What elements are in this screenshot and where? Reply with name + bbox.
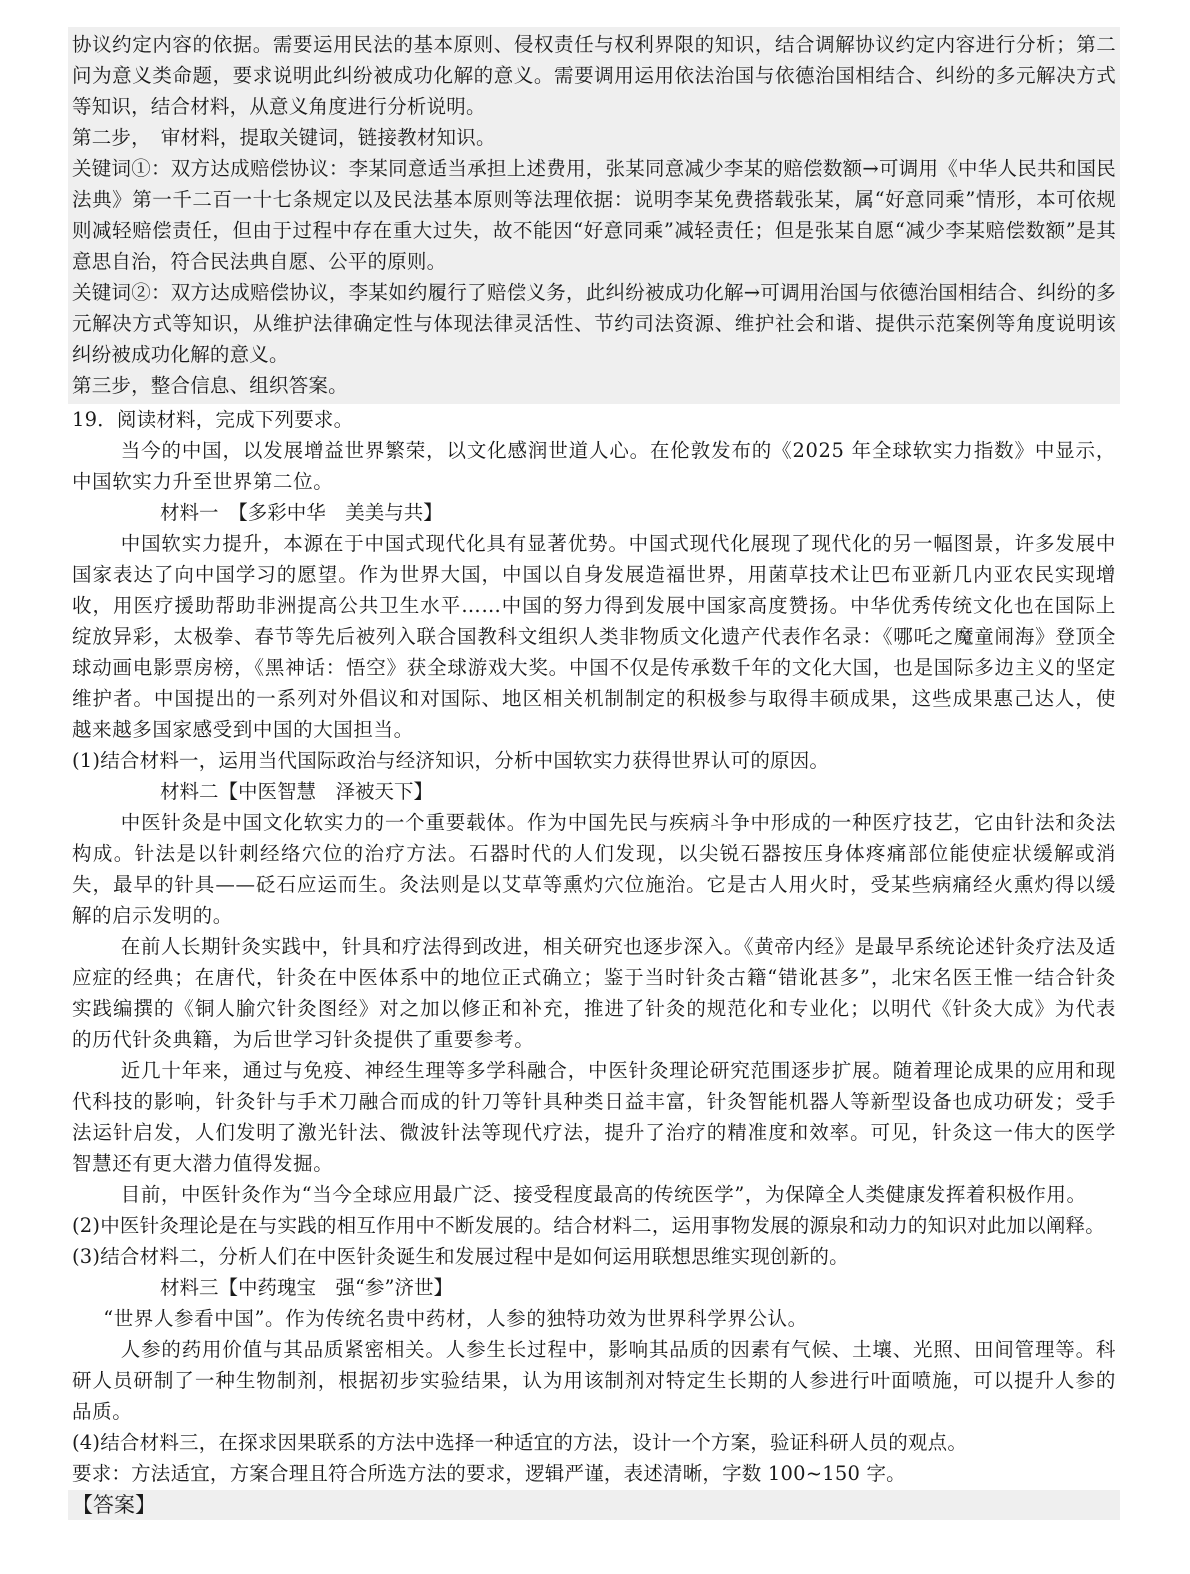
material-two-paragraph: 中医针灸是中国文化软实力的一个重要载体。作为中国先民与疾病斗争中形成的一种医疗技…: [72, 807, 1116, 931]
question-intro: 当今的中国，以发展增益世界繁荣，以文化感润世道人心。在伦敦发布的《2025 年全…: [72, 435, 1116, 497]
analysis-keyword-two: 关键词②：双方达成赔偿协议，李某如约履行了赔偿义务，此纠纷被成功化解→可调用治国…: [72, 277, 1116, 370]
material-three-title: 材料三【中药瑰宝 强“参”济世】: [72, 1272, 1116, 1303]
material-three-paragraph: “世界人参看中国”。作为传统名贵中药材，人参的独特功效为世界科学界公认。: [72, 1303, 1116, 1334]
analysis-step-two: 第二步， 审材料，提取关键词，链接教材知识。: [72, 122, 1116, 153]
sub-question-2: (2)中医针灸理论是在与实践的相互作用中不断发展的。结合材料二，运用事物发展的源…: [72, 1210, 1116, 1241]
material-two-paragraph: 目前，中医针灸作为“当今全球应用最广泛、接受程度最高的传统医学”，为保障全人类健…: [72, 1179, 1116, 1210]
answer-label: 【答案】: [68, 1490, 1120, 1520]
material-three-paragraph: 人参的药用价值与其品质紧密相关。人参生长过程中，影响其品质的因素有气候、土壤、光…: [72, 1334, 1116, 1427]
question-19: 19．阅读材料，完成下列要求。 当今的中国，以发展增益世界繁荣，以文化感润世道人…: [68, 404, 1120, 1489]
analysis-block: 协议约定内容的依据。需要运用民法的基本原则、侵权责任与权利界限的知识，结合调解协…: [68, 27, 1120, 404]
requirement-text: 要求：方法适宜，方案合理且符合所选方法的要求，逻辑严谨，表述清晰，字数 100~…: [72, 1458, 1116, 1489]
question-heading: 19．阅读材料，完成下列要求。: [72, 404, 1116, 435]
document-page: 协议约定内容的依据。需要运用民法的基本原则、侵权责任与权利界限的知识，结合调解协…: [68, 27, 1120, 1520]
material-two-paragraph: 在前人长期针灸实践中，针具和疗法得到改进，相关研究也逐步深入。《黄帝内经》是最早…: [72, 931, 1116, 1055]
sub-question-3: (3)结合材料二，分析人们在中医针灸诞生和发展过程中是如何运用联想思维实现创新的…: [72, 1241, 1116, 1272]
material-one-title: 材料一 【多彩中华 美美与共】: [72, 497, 1116, 528]
material-two-paragraph: 近几十年来，通过与免疫、神经生理等多学科融合，中医针灸理论研究范围逐步扩展。随着…: [72, 1055, 1116, 1179]
analysis-line: 协议约定内容的依据。需要运用民法的基本原则、侵权责任与权利界限的知识，结合调解协…: [72, 29, 1116, 122]
analysis-keyword-one: 关键词①：双方达成赔偿协议：李某同意适当承担上述费用，张某同意减少李某的赔偿数额…: [72, 153, 1116, 277]
analysis-step-three: 第三步，整合信息、组织答案。: [72, 370, 1116, 401]
sub-question-1: (1)结合材料一，运用当代国际政治与经济知识，分析中国软实力获得世界认可的原因。: [72, 745, 1116, 776]
sub-question-4: (4)结合材料三，在探求因果联系的方法中选择一种适宜的方法，设计一个方案，验证科…: [72, 1427, 1116, 1458]
material-two-title: 材料二【中医智慧 泽被天下】: [72, 776, 1116, 807]
material-one-paragraph: 中国软实力提升，本源在于中国式现代化具有显著优势。中国式现代化展现了现代化的另一…: [72, 528, 1116, 745]
